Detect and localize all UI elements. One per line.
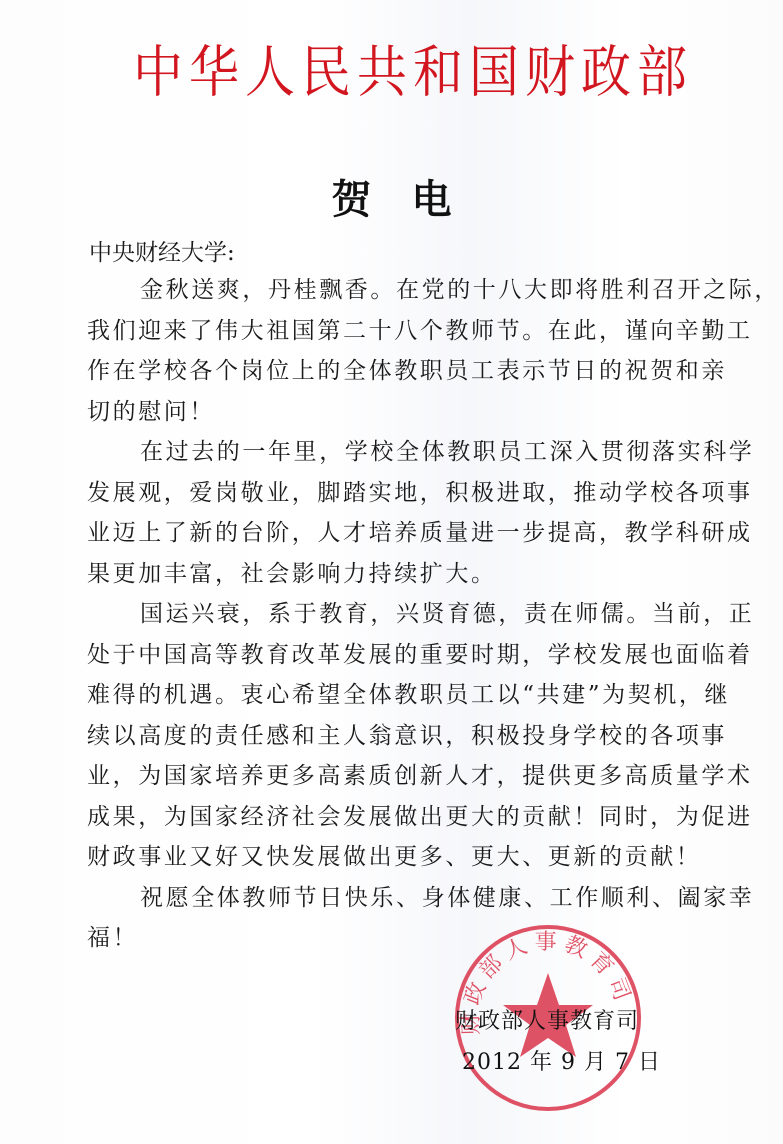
letterhead-char: 人	[242, 28, 298, 109]
text-line: 在过去的一年里，学校全体教职员工深入贯彻落实科学	[87, 432, 707, 473]
letterhead: 中 华 人 民 共 和 国 财 政 部	[130, 34, 690, 101]
text-line: 果更加丰富，社会影响力持续扩大。	[87, 554, 707, 595]
text-line: 国运兴衰，系于教育，兴贤育德，责在师儒。当前，正	[87, 594, 707, 635]
letterhead-char: 民	[298, 28, 354, 109]
document-title: 贺电	[0, 168, 783, 225]
letterhead-char: 共	[354, 28, 410, 109]
signature: 财政部人事教育司	[455, 1004, 639, 1035]
text-line: 续以高度的责任感和主人翁意识，积极投身学校的各项事	[87, 716, 707, 757]
text-line: 难得的机遇。衷心希望全体教职员工以“共建”为契机，继	[87, 675, 707, 716]
text-line: 祝愿全体教师节日快乐、身体健康、工作顺利、阖家幸	[87, 878, 707, 919]
letterhead-char: 华	[186, 28, 242, 109]
salutation: 中央财经大学:	[89, 234, 235, 267]
letter-body: 金秋送爽，丹桂飘香。在党的十八大即将胜利召开之际， 我们迎来了伟大祖国第二十八个…	[87, 270, 707, 959]
paragraph-1: 金秋送爽，丹桂飘香。在党的十八大即将胜利召开之际， 我们迎来了伟大祖国第二十八个…	[87, 270, 707, 432]
text-line: 成果，为国家经济社会发展做出更大的贡献！同时，为促进	[87, 797, 707, 838]
letterhead-char: 中	[130, 28, 186, 109]
paragraph-2: 在过去的一年里，学校全体教职员工深入贯彻落实科学 发展观，爱岗敬业，脚踏实地，积…	[87, 432, 707, 594]
signing-date: 2012 年 9 月 7 日	[462, 1045, 661, 1076]
text-line: 发展观，爱岗敬业，脚踏实地，积极进取，推动学校各项事	[87, 473, 707, 514]
text-line: 切的慰问！	[87, 392, 707, 433]
text-line: 财政事业又好又快发展做出更多、更大、更新的贡献！	[87, 837, 707, 878]
letterhead-char: 财	[522, 28, 578, 109]
letterhead-char: 和	[410, 28, 466, 109]
text-line: 我们迎来了伟大祖国第二十八个教师节。在此，谨向辛勤工	[87, 311, 707, 352]
text-line: 业迈上了新的台阶，人才培养质量进一步提高，教学科研成	[87, 513, 707, 554]
letterhead-char: 政	[578, 28, 634, 109]
text-line: 处于中国高等教育改革发展的重要时期，学校发展也面临着	[87, 635, 707, 676]
text-line: 作在学校各个岗位上的全体教职员工表示节日的祝贺和亲	[87, 351, 707, 392]
letterhead-char: 国	[466, 28, 522, 109]
text-line: 金秋送爽，丹桂飘香。在党的十八大即将胜利召开之际，	[87, 270, 707, 311]
paragraph-3: 国运兴衰，系于教育，兴贤育德，责在师儒。当前，正 处于中国高等教育改革发展的重要…	[87, 594, 707, 878]
letterhead-char: 部	[634, 28, 690, 109]
text-line: 业，为国家培养更多高素质创新人才，提供更多高质量学术	[87, 756, 707, 797]
